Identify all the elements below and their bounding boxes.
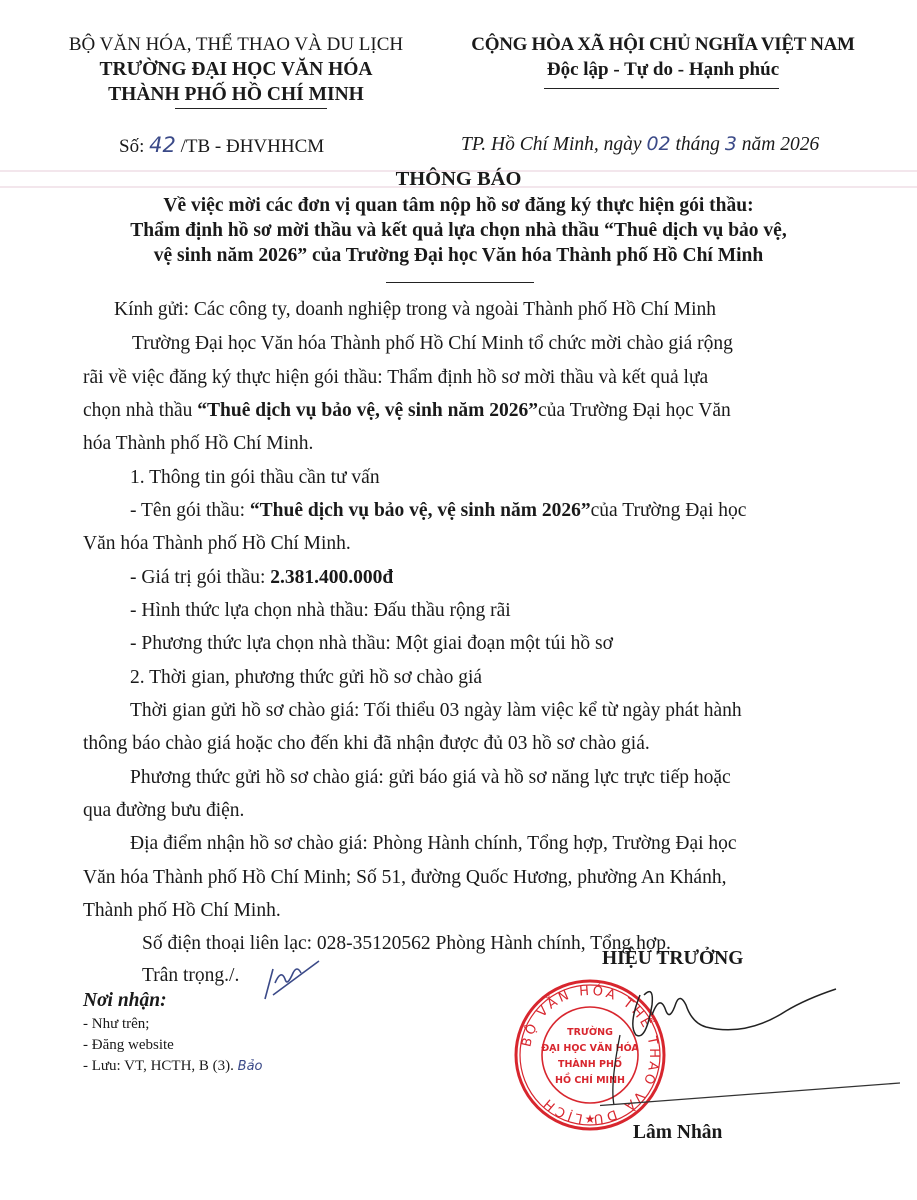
date-year-label: năm 2026: [742, 134, 819, 155]
header-right-underline: [544, 88, 779, 89]
ministry-name: BỘ VĂN HÓA, THỂ THAO VÀ DU LỊCH: [30, 33, 442, 57]
package-name-label: - Tên gói thầu:: [130, 500, 250, 521]
package-name-line: - Tên gói thầu: “Thuê dịch vụ bảo vệ, vệ…: [130, 495, 746, 527]
intro-line-4: hóa Thành phố Hồ Chí Minh.: [83, 428, 313, 460]
svg-text:★: ★: [585, 1112, 596, 1126]
subject-line-3: vệ sinh năm 2026” của Trường Đại học Văn…: [0, 244, 917, 268]
date-month-label: tháng: [676, 134, 720, 155]
initials-mark-icon: [255, 955, 325, 1005]
document-title: THÔNG BÁO: [0, 168, 917, 191]
section-2-title: 2. Thời gian, phương thức gửi hồ sơ chào…: [130, 662, 482, 694]
signature-icon: [600, 975, 900, 1125]
doc-number-prefix: Số:: [119, 136, 144, 157]
subject-line-2: Thẩm định hồ sơ mời thầu và kết quả lựa …: [0, 219, 917, 243]
package-name: “Thuê dịch vụ bảo vệ, vệ sinh năm 2026”: [250, 500, 591, 521]
intro-line-3-text: chọn nhà thầu: [83, 400, 197, 421]
closing: Trân trọng./.: [142, 960, 239, 992]
signer-title: HIỆU TRƯỞNG: [602, 948, 743, 970]
method-line-2: qua đường bưu điện.: [83, 795, 244, 827]
location-line-3: Thành phố Hồ Chí Minh.: [83, 895, 281, 927]
doc-number-handwritten: 42: [149, 133, 176, 157]
subject-line-1: Về việc mời các đơn vị quan tâm nộp hồ s…: [0, 194, 917, 218]
title-underline: [386, 282, 534, 283]
school-name-line1: TRƯỜNG ĐẠI HỌC VĂN HÓA: [30, 58, 442, 82]
recipient-archive: - Lưu: VT, HCTH, B (3).: [83, 1058, 234, 1074]
school-name-line2: THÀNH PHỐ HỒ CHÍ MINH: [30, 83, 442, 107]
motto: Độc lập - Tự do - Hạnh phúc: [448, 58, 878, 82]
recipients-label: Nơi nhận:: [83, 990, 167, 1012]
archive-initials: Bảo: [238, 1059, 263, 1074]
recipient-item: - Như trên;: [83, 1016, 149, 1033]
date-day-handwritten: 02: [646, 133, 670, 155]
time-line-1: Thời gian gửi hồ sơ chào giá: Tối thiểu …: [130, 695, 742, 727]
selection-form: - Hình thức lựa chọn nhà thầu: Đấu thầu …: [130, 595, 511, 627]
phone-line: Số điện thoại liên lạc: 028-35120562 Phò…: [142, 928, 671, 960]
selection-method: - Phương thức lựa chọn nhà thầu: Một gia…: [130, 628, 613, 660]
package-name-line-2: Văn hóa Thành phố Hồ Chí Minh.: [83, 528, 351, 560]
signer-name: Lâm Nhân: [633, 1122, 722, 1144]
package-value: 2.381.400.000đ: [270, 567, 393, 588]
salutation: Kính gửi: Các công ty, doanh nghiệp tron…: [114, 294, 716, 326]
recipient-item: - Lưu: VT, HCTH, B (3). Bảo: [83, 1058, 263, 1075]
package-value-label: - Giá trị gói thầu:: [130, 567, 270, 588]
doc-number: Số: 42 /TB - ĐHVHHCM: [119, 133, 324, 158]
intro-line-3-tail: của Trường Đại học Văn: [538, 400, 731, 421]
package-name-tail: của Trường Đại học: [591, 500, 747, 521]
package-value-line: - Giá trị gói thầu: 2.381.400.000đ: [130, 562, 393, 594]
recipient-item: - Đăng website: [83, 1037, 174, 1054]
location-line-2: Văn hóa Thành phố Hồ Chí Minh; Số 51, đư…: [83, 862, 726, 894]
republic-title: CỘNG HÒA XÃ HỘI CHỦ NGHĨA VIỆT NAM: [448, 33, 878, 57]
time-line-2: thông báo chào giá hoặc cho đến khi đã n…: [83, 728, 650, 760]
intro-package-name: “Thuê dịch vụ bảo vệ, vệ sinh năm 2026”: [197, 400, 538, 421]
date-month-handwritten: 3: [725, 133, 737, 155]
intro-line-2: rãi về việc đăng ký thực hiện gói thầu: …: [83, 362, 708, 394]
date-line: TP. Hồ Chí Minh, ngày 02 tháng 3 năm 202…: [461, 133, 819, 156]
intro-line-1: Trường Đại học Văn hóa Thành phố Hồ Chí …: [132, 328, 733, 360]
intro-line-3: chọn nhà thầu “Thuê dịch vụ bảo vệ, vệ s…: [83, 395, 731, 427]
header-left-underline: [175, 108, 327, 109]
date-place: TP. Hồ Chí Minh, ngày: [461, 134, 642, 155]
doc-number-suffix: /TB - ĐHVHHCM: [181, 136, 325, 157]
section-1-title: 1. Thông tin gói thầu cần tư vấn: [130, 462, 380, 494]
location-line-1: Địa điểm nhận hồ sơ chào giá: Phòng Hành…: [130, 828, 737, 860]
method-line-1: Phương thức gửi hồ sơ chào giá: gửi báo …: [130, 762, 731, 794]
